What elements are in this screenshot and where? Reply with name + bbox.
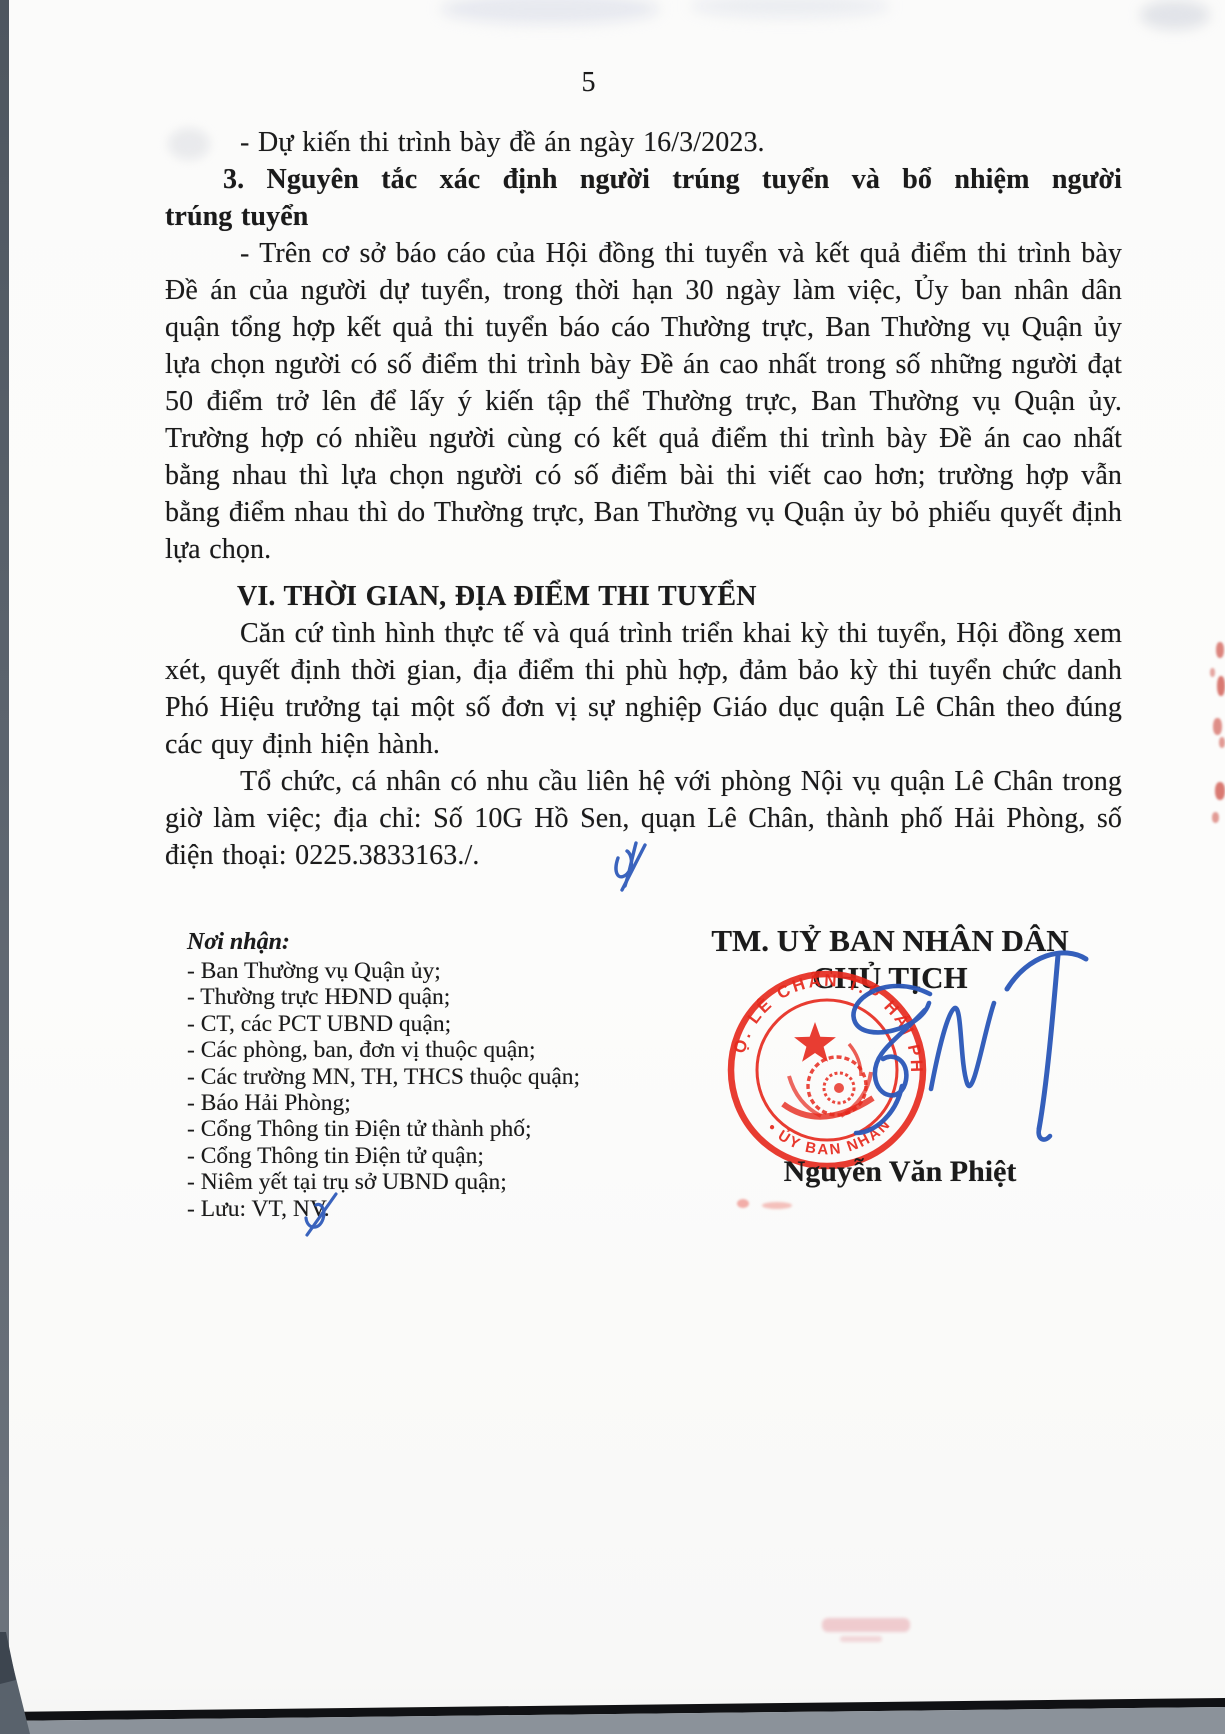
paragraph-tren-co-so: - Trên cơ sở báo cáo của Hội đồng thi tu… xyxy=(165,235,1122,568)
scan-bottom-border xyxy=(0,1650,1225,1734)
ink-initials-icon xyxy=(605,836,667,898)
ink-flourish-icon xyxy=(298,1190,350,1240)
stamp-residue-mark xyxy=(737,1199,749,1208)
section-heading-3: 3. Nguyên tắc xác định người trúng tuyển… xyxy=(165,161,1122,235)
scan-left-border xyxy=(0,0,9,1734)
scan-ghosting xyxy=(1140,0,1210,30)
recipient-item: - Cổng Thông tin Điện tử quận; xyxy=(187,1143,657,1169)
recipient-item: - Báo Hải Phòng; xyxy=(187,1090,657,1116)
ink-bleed-mark xyxy=(1219,737,1225,748)
recipient-item: - Thường trực HĐND quận; xyxy=(187,984,657,1010)
recipient-item: - Các trường MN, TH, THCS thuộc quận; xyxy=(187,1064,657,1090)
signature-ink xyxy=(755,862,1100,1157)
recipient-item: - Các phòng, ban, đơn vị thuộc quận; xyxy=(187,1037,657,1063)
section-heading-3-line1: 3. Nguyên tắc xác định người trúng tuyển… xyxy=(165,161,1122,198)
section-heading-vi: VI. THỜI GIAN, ĐỊA ĐIỂM THI TUYỂN xyxy=(165,578,1122,615)
ink-bleed-mark xyxy=(840,1636,882,1642)
recipients-label: Nơi nhận: xyxy=(187,926,657,958)
recipient-item: - Lưu: VT, NV. xyxy=(187,1196,657,1222)
scan-ghosting xyxy=(440,0,660,24)
recipient-item: - Niêm yết tại trụ sở UBND quận; xyxy=(187,1169,657,1195)
recipients-block: Nơi nhận: - Ban Thường vụ Quận ủy; - Thư… xyxy=(187,926,657,1222)
recipient-item: - CT, các PCT UBND quận; xyxy=(187,1011,657,1037)
ink-bleed-mark xyxy=(1217,676,1225,696)
ink-bleed-mark xyxy=(822,1618,910,1632)
paragraph-can-cu: Căn cứ tình hình thực tế và quá trình tr… xyxy=(165,615,1122,763)
ink-bleed-mark xyxy=(1213,718,1222,735)
signer-name: Nguyễn Văn Phiệt xyxy=(655,1155,1145,1189)
ink-bleed-mark xyxy=(1212,812,1219,823)
ink-bleed-mark xyxy=(1210,668,1215,677)
ink-bleed-mark xyxy=(1215,782,1225,800)
document-page: 5 - Dự kiến thi trình bày đề án ngày 16/… xyxy=(0,0,1225,1734)
recipient-item: - Cổng Thông tin Điện tử thành phố; xyxy=(187,1116,657,1142)
paragraph-du-kien: - Dự kiến thi trình bày đề án ngày 16/3/… xyxy=(165,124,1122,161)
page-number: 5 xyxy=(110,64,1067,101)
section-heading-3-line2: trúng tuyển xyxy=(165,198,1122,235)
stamp-residue-mark xyxy=(762,1202,792,1209)
recipient-item: - Ban Thường vụ Quận ủy; xyxy=(187,958,657,984)
ink-bleed-mark xyxy=(1216,642,1224,658)
scan-ghosting xyxy=(690,0,890,18)
